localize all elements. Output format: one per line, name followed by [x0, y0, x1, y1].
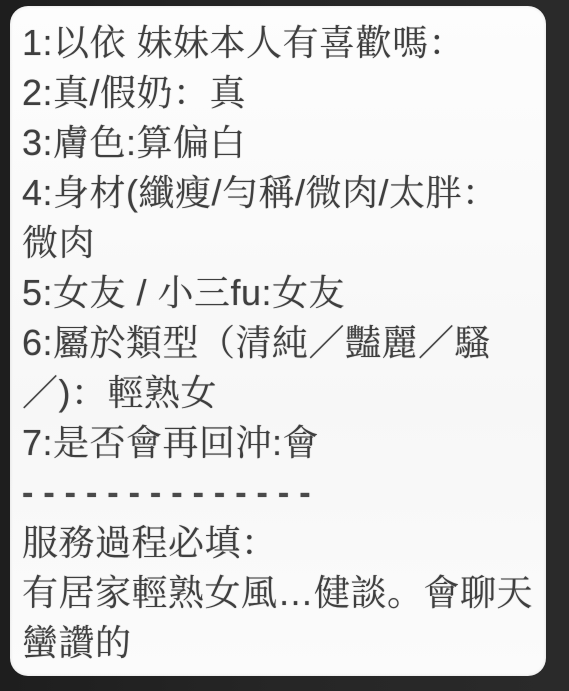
- note-line: 5:女友 / 小三fu:女友: [22, 268, 536, 318]
- note-line: ／)：輕熟女: [22, 368, 536, 418]
- note-line: 蠻讚的: [22, 618, 536, 668]
- note-line: 有居家輕熟女風…健談。會聊天: [22, 568, 536, 618]
- note-line: 微肉: [22, 218, 536, 268]
- note-line: 1:以依 妹妹本人有喜歡嗎：: [22, 18, 536, 68]
- note-line: 服務過程必填：: [22, 518, 536, 568]
- note-line: 7:是否會再回沖:會: [22, 418, 536, 468]
- note-line: 3:膚色:算偏白: [22, 118, 536, 168]
- note-line: 2:真/假奶：真: [22, 68, 536, 118]
- note-line: 4:身材(纖瘦/勻稱/微肉/太胖：: [22, 168, 536, 218]
- divider-dashes: --------------: [22, 468, 536, 518]
- message-card: 1:以依 妹妹本人有喜歡嗎：2:真/假奶：真3:膚色:算偏白4:身材(纖瘦/勻稱…: [10, 6, 546, 676]
- note-line: 6:屬於類型（清純／豔麗／騷: [22, 318, 536, 368]
- page-background: 1:以依 妹妹本人有喜歡嗎：2:真/假奶：真3:膚色:算偏白4:身材(纖瘦/勻稱…: [0, 0, 569, 691]
